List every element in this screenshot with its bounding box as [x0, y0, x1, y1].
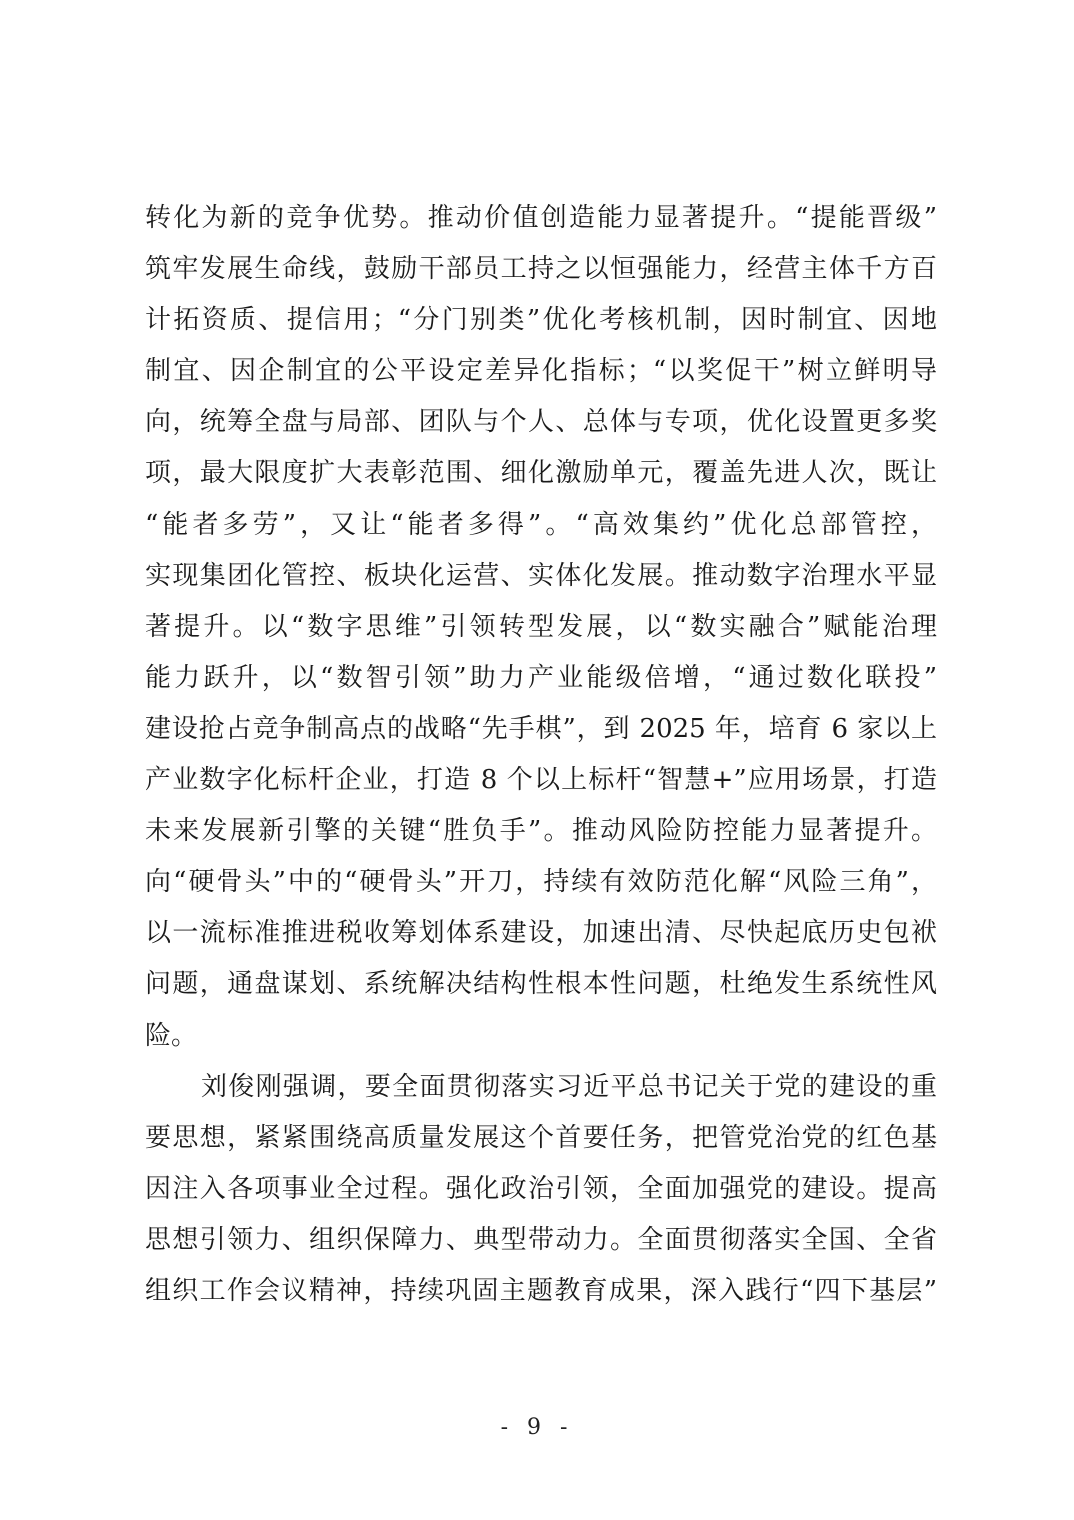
- paragraph-1-line-13: 未来发展新引擎的关键“胜负手”。推动风险防控能力显著提升。: [145, 806, 937, 857]
- paragraph-1-line-3: 计拓资质、提信用；“分门别类”优化考核机制，因时制宜、因地: [145, 295, 937, 346]
- paragraph-1-line-15: 以一流标准推进税收筹划体系建设，加速出清、尽快起底历史包袱: [145, 908, 937, 959]
- paragraph-1-line-12: 产业数字化标杆企业，打造 8 个以上标杆“智慧+”应用场景，打造: [145, 755, 937, 806]
- paragraph-1-line-16: 问题，通盘谋划、系统解决结构性根本性问题，杜绝发生系统性风: [145, 959, 937, 1010]
- paragraph-2-line-4: 思想引领力、组织保障力、典型带动力。全面贯彻落实全国、全省: [145, 1215, 937, 1266]
- document-page: 转化为新的竞争优势。推动价值创造能力显著提升。“提能晋级” 筑牢发展生命线，鼓励…: [0, 0, 1074, 1520]
- paragraph-2-line-5: 组织工作会议精神，持续巩固主题教育成果，深入践行“四下基层”: [145, 1266, 937, 1317]
- paragraph-1-line-5: 向，统筹全盘与局部、团队与个人、总体与专项，优化设置更多奖: [145, 397, 937, 448]
- paragraph-1-line-9: 著提升。以“数字思维”引领转型发展，以“数实融合”赋能治理: [145, 602, 937, 653]
- paragraph-1-line-8: 实现集团化管控、板块化运营、实体化发展。推动数字治理水平显: [145, 551, 937, 602]
- page-number: - 9 -: [0, 1415, 1074, 1440]
- paragraph-1-line-1: 转化为新的竞争优势。推动价值创造能力显著提升。“提能晋级”: [145, 193, 937, 244]
- paragraph-1-line-17: 险。: [145, 1011, 937, 1062]
- paragraph-1-line-7: “能者多劳”，又让“能者多得”。“高效集约”优化总部管控，: [145, 500, 937, 551]
- paragraph-1-line-6: 项，最大限度扩大表彰范围、细化激励单元，覆盖先进人次，既让: [145, 448, 937, 499]
- body-text: 转化为新的竞争优势。推动价值创造能力显著提升。“提能晋级” 筑牢发展生命线，鼓励…: [145, 193, 937, 1317]
- paragraph-1-line-14: 向“硬骨头”中的“硬骨头”开刀，持续有效防范化解“风险三角”，: [145, 857, 937, 908]
- paragraph-2-line-2: 要思想，紧紧围绕高质量发展这个首要任务，把管党治党的红色基: [145, 1113, 937, 1164]
- paragraph-1-line-10: 能力跃升，以“数智引领”助力产业能级倍增，“通过数化联投”: [145, 653, 937, 704]
- paragraph-1-line-2: 筑牢发展生命线，鼓励干部员工持之以恒强能力，经营主体千方百: [145, 244, 937, 295]
- paragraph-1-line-4: 制宜、因企制宜的公平设定差异化指标；“以奖促干”树立鲜明导: [145, 346, 937, 397]
- paragraph-2-line-1: 刘俊刚强调，要全面贯彻落实习近平总书记关于党的建设的重: [145, 1062, 937, 1113]
- paragraph-2-line-3: 因注入各项事业全过程。强化政治引领，全面加强党的建设。提高: [145, 1164, 937, 1215]
- paragraph-1-line-11: 建设抢占竞争制高点的战略“先手棋”，到 2025 年，培育 6 家以上: [145, 704, 937, 755]
